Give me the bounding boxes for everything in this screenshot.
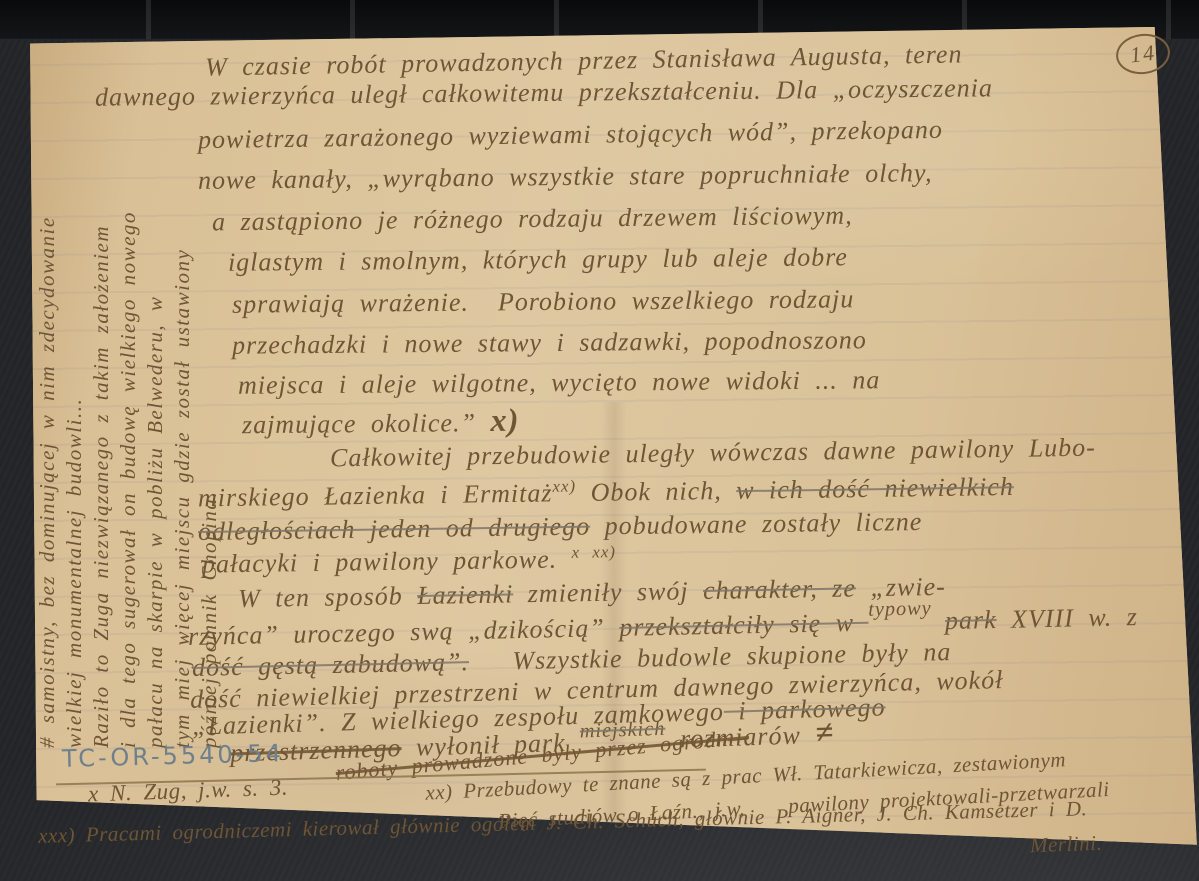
margin-note-line: wielkiej monumentalnej budowli... xyxy=(61,50,88,748)
margin-note-line: # samoistny, bez dominującej w nim zdecy… xyxy=(34,50,61,748)
margin-note-line: pałacu na skarpie w pobliżu Belwederu, w xyxy=(142,50,169,748)
manuscript-line: pałacyki i pawilony parkowe. x xx) xyxy=(202,542,616,579)
margin-note-line: i dla tego sugerował on budowę wielkiego… xyxy=(115,50,142,748)
margin-note-line: Raziło to Zuga niezwiązanego z takim zał… xyxy=(88,50,115,748)
manuscript-line: iglastym i smolnym, których grupy lub al… xyxy=(228,242,848,277)
archive-reference-code: TC-OR-5540-54 xyxy=(62,739,285,773)
footnote-xxx-line2: Merlini. xyxy=(1030,831,1103,859)
manuscript-line: miejsca i aleje wilgotne, wycięto nowe w… xyxy=(238,365,881,401)
manuscript-line: przechadzki i nowe stawy i sadzawki, pop… xyxy=(232,325,867,361)
scanned-manuscript-photo: 14 # samoistny, bez dominującej w nim zd… xyxy=(0,0,1199,881)
manuscript-line: sprawiają wrażenie. Porobiono wszelkiego… xyxy=(232,284,855,319)
manuscript-line: zajmujące okolice.” x) xyxy=(242,403,520,442)
